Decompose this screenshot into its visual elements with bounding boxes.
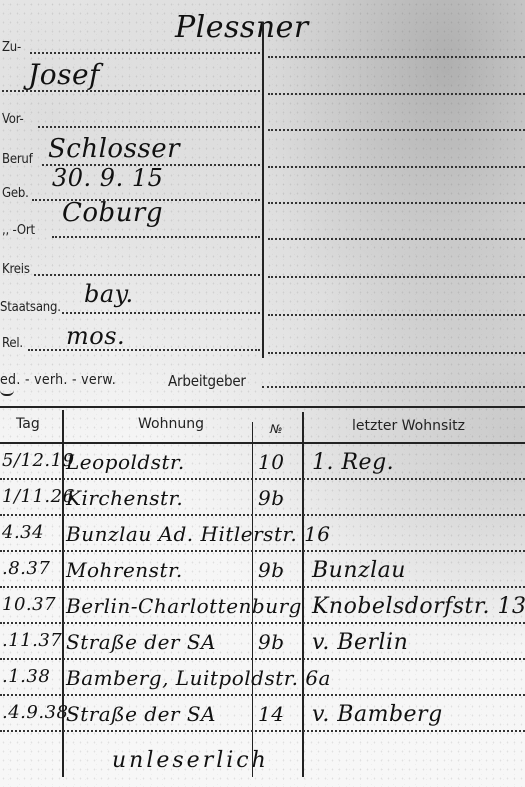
cell-letzter: v. Bamberg	[312, 702, 443, 727]
cell-wohnung: Bunzlau Ad. Hitlerstr. 16	[66, 522, 331, 546]
cell-tag: 10.37	[2, 594, 56, 615]
cell-tag: 4.34	[2, 522, 44, 543]
row-rule	[0, 622, 525, 624]
col-divider-nr	[302, 412, 304, 777]
upper-divider	[262, 22, 264, 358]
cell-tag: 1/11.26	[2, 486, 75, 507]
line-right-4	[268, 166, 525, 168]
line-right-9	[268, 352, 525, 354]
cell-letzter: Knobelsdorfstr. 13	[312, 594, 525, 619]
label-vorname: Vor-	[2, 112, 24, 127]
cell-nr: 10	[258, 450, 284, 474]
cell-tag: .11.37	[2, 630, 62, 651]
label-arbeitgeber: Arbeitgeber	[168, 372, 246, 390]
ort-value: Coburg	[62, 198, 163, 228]
row-rule	[0, 730, 525, 732]
line-right-1	[268, 56, 525, 58]
row-rule	[0, 550, 525, 552]
line-zuname	[30, 52, 260, 54]
line-staatsang	[62, 312, 260, 314]
line-arbeitgeber	[262, 386, 525, 388]
line-right-7	[268, 276, 525, 278]
label-ort: ,, -Ort	[2, 223, 35, 238]
cell-tag: 5/12.19	[2, 450, 75, 471]
cell-tag: .4.9.38	[2, 702, 68, 723]
line-right-6	[268, 238, 525, 240]
cell-tag: .8.37	[2, 558, 50, 579]
header-tag: Tag	[16, 416, 40, 432]
row-rule	[0, 694, 525, 696]
cell-wohnung: Mohrenstr.	[66, 558, 183, 582]
label-geb: Geb.	[2, 186, 29, 201]
cell-nr: 14	[258, 702, 284, 726]
cell-nr: 9b	[258, 558, 285, 582]
line-ort	[52, 236, 260, 238]
geb-value: 30. 9. 15	[52, 164, 163, 192]
cell-wohnung: Berlin-Charlottenburg	[66, 594, 302, 618]
header-letzter-wohnsitz: letzter Wohnsitz	[352, 418, 465, 434]
line-vorname	[38, 126, 260, 128]
status-underline-mark	[0, 390, 14, 396]
header-nr: №	[270, 422, 282, 436]
cell-nr: 9b	[258, 486, 285, 510]
registration-card: Plessner Zu- Josef Vor- Schlosser Beruf …	[0, 0, 525, 787]
cell-wohnung: Straße der SA	[66, 702, 216, 726]
header-wohnung: Wohnung	[138, 416, 204, 432]
cell-nr: 9b	[258, 630, 285, 654]
surname-value: Plessner	[175, 10, 309, 45]
cell-wohnung: Kirchenstr.	[66, 486, 183, 510]
staatsang-value: bay.	[84, 280, 134, 308]
cell-tag: .1.38	[2, 666, 50, 687]
label-rel: Rel.	[2, 336, 23, 351]
row-rule	[0, 514, 525, 516]
label-beruf: Beruf	[2, 152, 33, 167]
table-header-border	[0, 442, 525, 444]
cell-letzter: v. Berlin	[312, 630, 408, 655]
row-rule	[0, 658, 525, 660]
beruf-value: Schlosser	[48, 134, 180, 164]
row-rule	[0, 586, 525, 588]
cell-wohnung: Leopoldstr.	[66, 450, 185, 474]
line-vor-top	[2, 90, 260, 92]
line-right-2	[268, 93, 525, 95]
cell-wohnung: Bamberg, Luitpoldstr. 6a	[66, 666, 331, 690]
line-rel	[28, 349, 260, 351]
rel-value: mos.	[66, 322, 125, 350]
cell-wohnung: Straße der SA	[66, 630, 216, 654]
label-kreis: Kreis	[2, 262, 30, 277]
cell-letzter: 1. Reg.	[312, 450, 394, 475]
signature: unleserlich	[112, 748, 269, 773]
cell-letzter: Bunzlau	[312, 558, 406, 583]
table-top-border	[0, 406, 525, 408]
label-staatsang: Staatsang.	[0, 300, 61, 315]
line-kreis	[34, 274, 260, 276]
line-right-5	[268, 202, 525, 204]
line-right-3	[268, 129, 525, 131]
vorname-value: Josef	[28, 58, 100, 91]
line-right-8	[268, 314, 525, 316]
label-family-status: ed. - verh. - verw.	[0, 372, 116, 388]
label-zuname: Zu-	[2, 40, 21, 55]
row-rule	[0, 478, 525, 480]
